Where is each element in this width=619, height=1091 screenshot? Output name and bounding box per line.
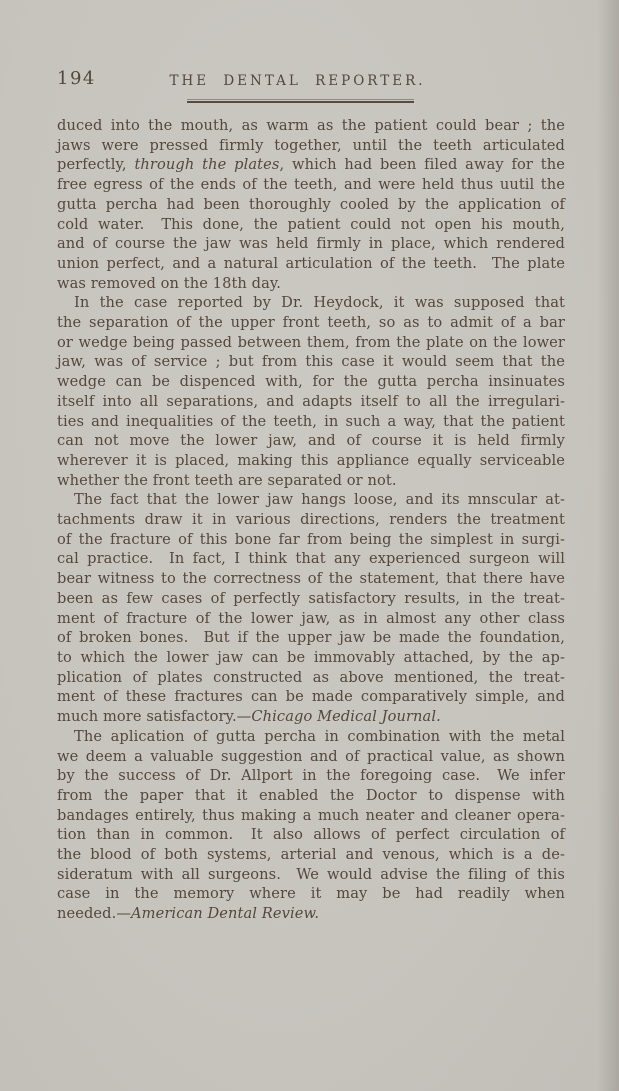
text-line: bear witness to the correctness of the s… (57, 569, 565, 589)
text-line: we deem a valuable suggestion and of pra… (57, 747, 565, 767)
header-rule (187, 99, 414, 103)
text-line: ment of these fractures can be made comp… (57, 687, 565, 707)
italic-text: American Dental Review. (131, 905, 319, 922)
text-line: union perfect, and a natural articulatio… (57, 254, 565, 274)
text-line: or wedge being passed between them, from… (57, 333, 565, 353)
text-line: whether the front teeth are separated or… (57, 471, 565, 491)
text-line: and of course the jaw was held firmly in… (57, 234, 565, 254)
text-line: the separation of the upper front teeth,… (57, 313, 565, 333)
text-line: of broken bones. But if the upper jaw be… (57, 628, 565, 648)
text-line: can not move the lower jaw, and of cours… (57, 431, 565, 451)
text-line: tion than in common. It also allows of p… (57, 825, 565, 845)
text-line: wedge can be dispenced with, for the gut… (57, 372, 565, 392)
text-line: sideratum with all surgeons. We would ad… (57, 865, 565, 885)
text-line: gutta percha had been thoroughly cooled … (57, 195, 565, 215)
italic-text: Chicago Medical Journal. (251, 708, 440, 725)
text-line: much more satisfactory.—Chicago Medical … (57, 707, 565, 727)
text-line: free egress of the ends of the teeth, an… (57, 175, 565, 195)
text-line: of the fracture of this bone far from be… (57, 530, 565, 550)
text-line: was removed on the 18th day. (57, 274, 565, 294)
text-line: In the case reported by Dr. Heydock, it … (57, 293, 565, 313)
text-line: wherever it is placed, making this appli… (57, 451, 565, 471)
text-line: needed.—American Dental Review. (57, 904, 565, 924)
text-line: ties and inequalities of the teeth, in s… (57, 412, 565, 432)
text-line: been as few cases of perfectly satisfact… (57, 589, 565, 609)
header-title: THE DENTAL REPORTER. (0, 73, 607, 89)
text-line: ment of fracture of the lower jaw, as in… (57, 609, 565, 629)
text-line: cold water. This done, the patient could… (57, 215, 565, 235)
text-line: duced into the mouth, as warm as the pat… (57, 116, 565, 136)
text-line: from the paper that it enabled the Docto… (57, 786, 565, 806)
text-line: itself into all separations, and adapts … (57, 392, 565, 412)
text-line: to which the lower jaw can be immovably … (57, 648, 565, 668)
italic-text: through the plates (134, 156, 279, 173)
text-line: bandages entirely, thus making a much ne… (57, 806, 565, 826)
text-line: tachments draw it in various directions,… (57, 510, 565, 530)
text-line: the blood of both systems, arterial and … (57, 845, 565, 865)
text-line: plication of plates constructed as above… (57, 668, 565, 688)
text-line: The aplication of gutta percha in combin… (57, 727, 565, 747)
text-line: The fact that the lower jaw hangs loose,… (57, 490, 565, 510)
scanned-page: 194 THE DENTAL REPORTER. duced into the … (0, 0, 619, 1091)
text-line: by the success of Dr. Allport in the for… (57, 766, 565, 786)
text-line: cal practice. In fact, I think that any … (57, 549, 565, 569)
text-line: jaw, was of service ; but from this case… (57, 352, 565, 372)
text-line: jaws were pressed firmly together, until… (57, 136, 565, 156)
page-body: duced into the mouth, as warm as the pat… (57, 116, 565, 924)
text-line: perfectly, through the plates, which had… (57, 155, 565, 175)
text-line: case in the memory where it may be had r… (57, 884, 565, 904)
